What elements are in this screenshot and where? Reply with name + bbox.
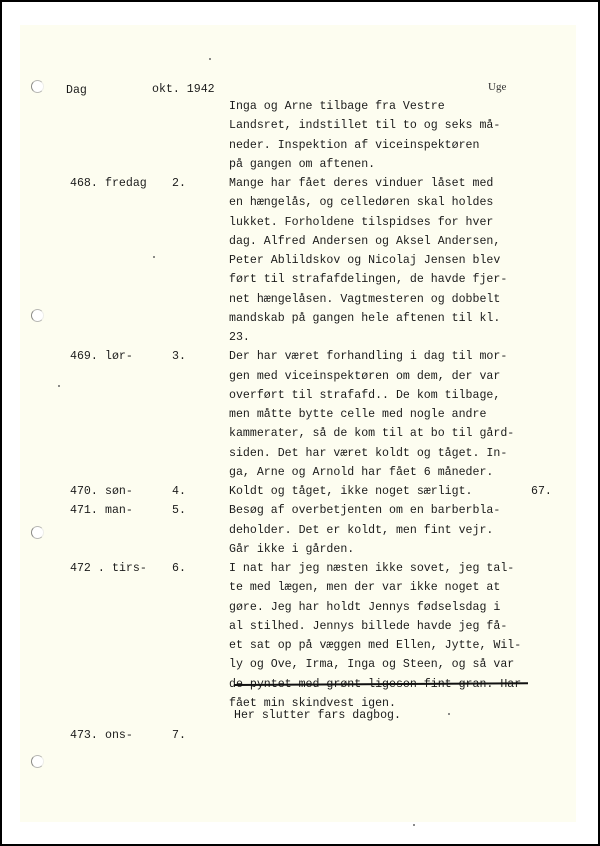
diary-line: Der har været forhandling i dag til mor-: [229, 350, 507, 364]
diary-line: ført til strafafdelingen, de havde fjer-: [229, 273, 507, 287]
diary-line: net hængelåsen. Vagtmesteren og dobbelt: [229, 293, 500, 307]
header-week-label: Uge: [488, 80, 506, 94]
paper-speck: [153, 256, 155, 258]
binder-hole-icon: [31, 526, 44, 539]
header-month-year: okt. 1942: [152, 83, 215, 97]
paper-speck: [448, 713, 450, 715]
paper-speck: [58, 385, 60, 387]
binder-hole-icon: [31, 80, 44, 93]
closing-note: Her slutter fars dagbog.: [234, 709, 401, 723]
entry-number: 472 .: [70, 562, 105, 576]
entry-date: 2.: [172, 177, 186, 191]
entry-date: 6.: [172, 562, 186, 576]
diary-line: 23.: [229, 331, 250, 345]
entry-number: 473.: [70, 729, 98, 743]
diary-line: mandskab på gangen hele aftenen til kl.: [229, 312, 500, 326]
diary-line: neder. Inspektion af viceinspektøren: [229, 139, 479, 153]
entry-weekday: tirs-: [112, 562, 147, 576]
diary-line: lukket. Forholdene tilspidses for hver: [229, 216, 493, 230]
diary-line: et sat op på væggen med Ellen, Jytte, Wi…: [229, 639, 521, 653]
entry-number: 471.: [70, 504, 98, 518]
diary-line: Koldt og tåget, ikke noget særligt.: [229, 485, 473, 499]
diary-line: overført til strafafd.. De kom tilbage,: [229, 389, 500, 403]
diary-line: gøre. Jeg har holdt Jennys fødselsdag i: [229, 601, 500, 615]
diary-line: Landsret, indstillet til to og seks må-: [229, 119, 500, 133]
header-day-label: Dag: [66, 84, 87, 98]
diary-line: siden. Det har været koldt og tåget. In-: [229, 447, 507, 461]
diary-line: på gangen om aftenen.: [229, 158, 375, 172]
diary-line: I nat har jeg næsten ikke sovet, jeg tal…: [229, 562, 514, 576]
entry-date: 3.: [172, 350, 186, 364]
diary-line: ly og Ove, Irma, Inga og Steen, og så va…: [229, 658, 514, 672]
diary-line: Går ikke i gården.: [229, 543, 354, 557]
diary-line: kammerater, så de kom til at bo til gård…: [229, 427, 514, 441]
margin-note: 67.: [531, 485, 552, 499]
diary-line: te med lægen, men der var ikke noget at: [229, 581, 500, 595]
diary-line: gen med viceinspektøren om dem, der var: [229, 370, 500, 384]
entry-date: 5.: [172, 504, 186, 518]
binder-hole-icon: [31, 309, 44, 322]
diary-line: Peter Ablildskov og Nicolaj Jensen blev: [229, 254, 500, 268]
entry-weekday: fredag: [105, 177, 147, 191]
diary-line: dag. Alfred Andersen og Aksel Andersen,: [229, 235, 500, 249]
diary-line: deholder. Det er koldt, men fint vejr.: [229, 524, 493, 538]
paper-speck: [413, 824, 415, 826]
diary-line: Besøg af overbetjenten om en barberbla-: [229, 504, 500, 518]
diary-line: ga, Arne og Arnold har fået 6 måneder.: [229, 466, 493, 480]
entry-date: 4.: [172, 485, 186, 499]
diary-line: Inga og Arne tilbage fra Vestre: [229, 100, 445, 114]
entry-weekday: lør-: [105, 350, 133, 364]
entry-number: 470.: [70, 485, 98, 499]
diary-line: Mange har fået deres vinduer låset med: [229, 177, 493, 191]
entry-number: 469.: [70, 350, 98, 364]
binder-hole-icon: [31, 755, 44, 768]
entry-date: 7.: [172, 729, 186, 743]
entry-weekday: søn-: [105, 485, 133, 499]
diary-line: al stilhed. Jennys billede havde jeg få-: [229, 620, 507, 634]
diary-line: men måtte bytte celle med nogle andre: [229, 408, 486, 422]
diary-line: en hængelås, og celledøren skal holdes: [229, 196, 493, 210]
entry-weekday: man-: [105, 504, 133, 518]
entry-number: 468.: [70, 177, 98, 191]
entry-weekday: ons-: [105, 729, 133, 743]
paper-speck: [209, 58, 211, 60]
